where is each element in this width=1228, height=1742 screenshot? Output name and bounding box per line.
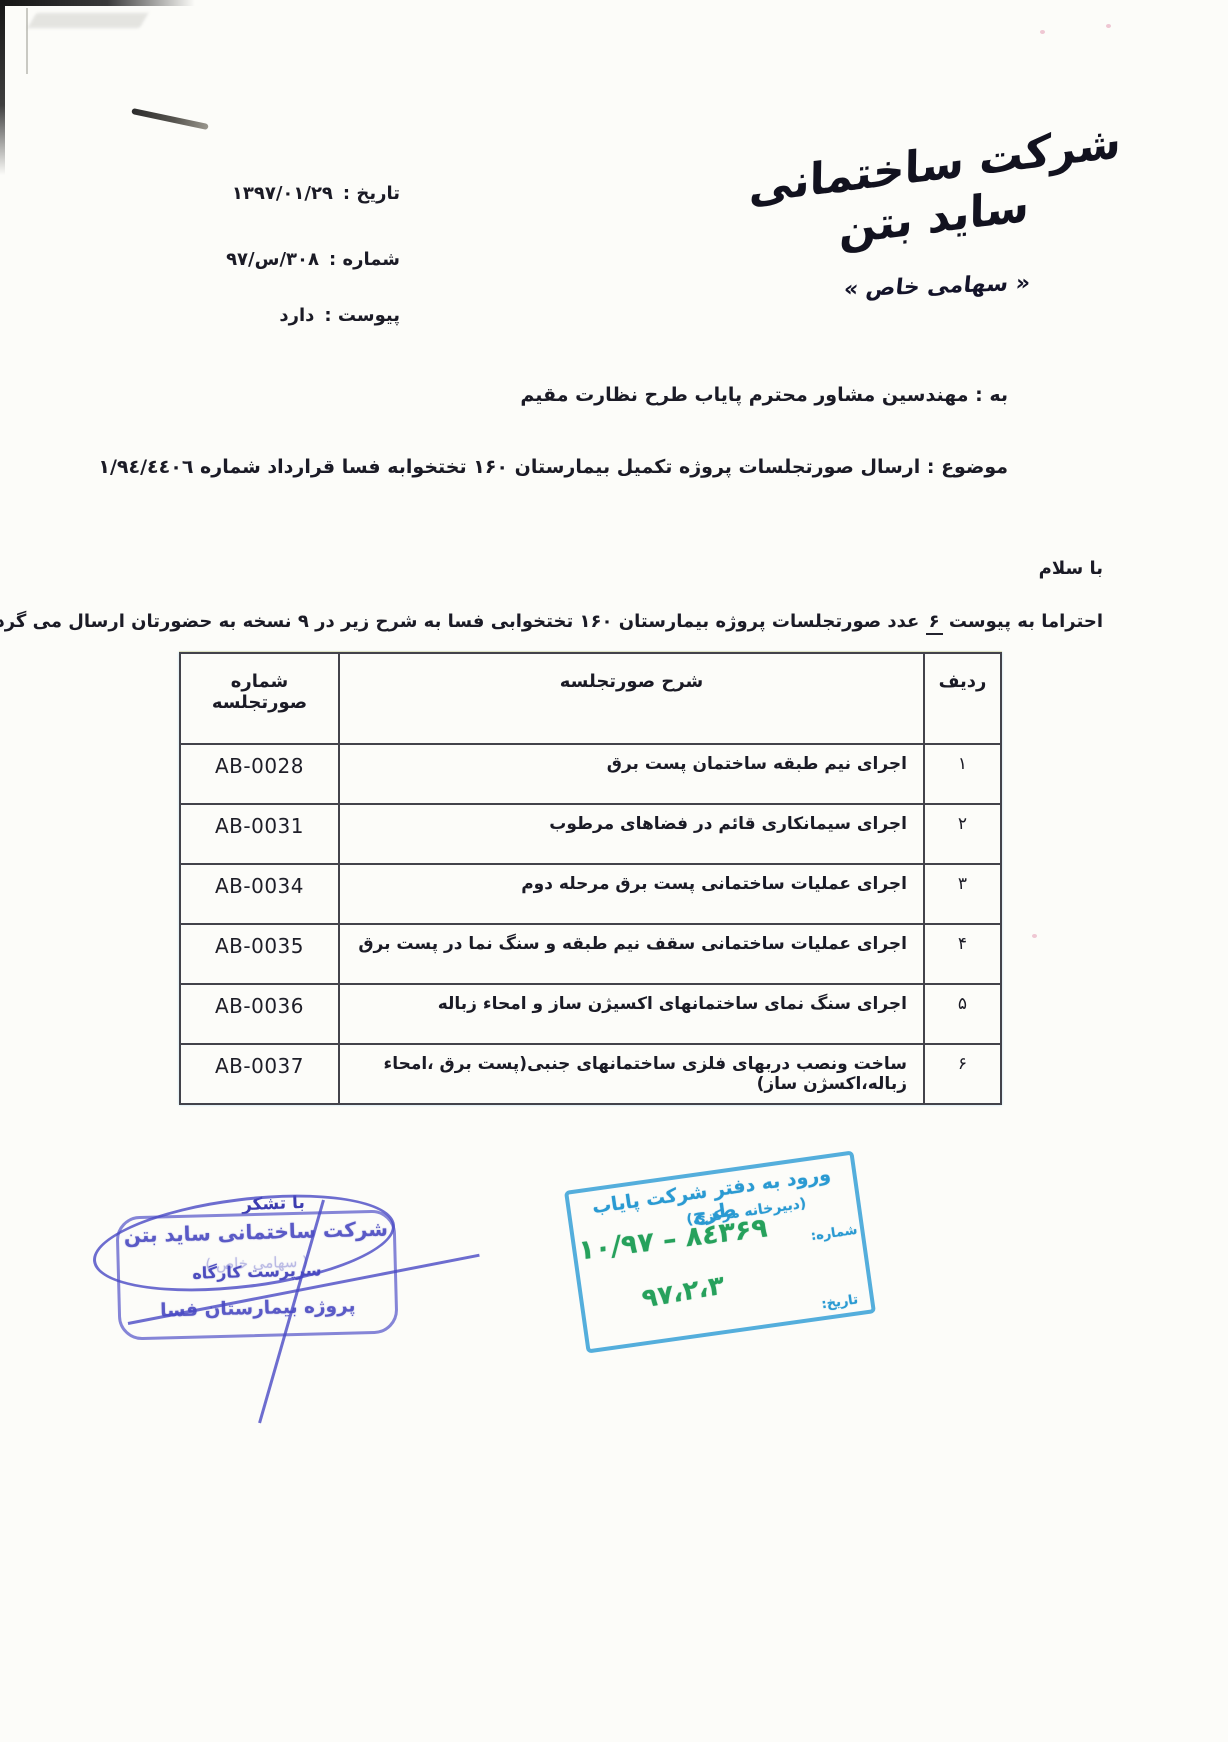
row-number-cell: ۱ bbox=[924, 744, 1001, 804]
table-header-row: ردیف شرح صورتجلسه شماره صورتجلسه bbox=[180, 653, 1001, 744]
row-number-cell: ۵ bbox=[924, 984, 1001, 1044]
description-cell: ساخت ونصب دربهای فلزی ساختمانهای جنبی(پس… bbox=[339, 1044, 924, 1104]
attachment-field: پیوست : دارد bbox=[188, 305, 400, 326]
company-type-label: « سهامی خاص » bbox=[840, 271, 1033, 303]
description-cell: اجرای سیمانکاری قائم در فضاهای مرطوب bbox=[339, 804, 924, 864]
scan-speck bbox=[1040, 30, 1045, 34]
subject-line: موضوع : ارسال صورتجلسات پروژه تکمیل بیما… bbox=[98, 456, 1008, 478]
date-label: تاریخ : bbox=[343, 183, 400, 204]
description-cell: اجرای عملیات ساختمانی سقف نیم طبقه و سنگ… bbox=[339, 924, 924, 984]
row-number-cell: ۳ bbox=[924, 864, 1001, 924]
table-row: ۵ اجرای سنگ نمای ساختمانهای اکسیژن ساز و… bbox=[180, 984, 1001, 1044]
attachment-label: پیوست : bbox=[324, 305, 400, 326]
date-value: ۱۳۹۷/۰۱/۲۹ bbox=[232, 183, 333, 204]
row-number-cell: ۲ bbox=[924, 804, 1001, 864]
receipt-stamp-date-label: تاریخ: bbox=[821, 1292, 859, 1312]
minutes-number-cell: AB-0035 bbox=[180, 924, 339, 984]
salutation-line: با سلام bbox=[1039, 558, 1103, 579]
row-number-cell: ۴ bbox=[924, 924, 1001, 984]
scan-speck bbox=[1106, 24, 1111, 28]
date-field: تاریخ : ۱۳۹۷/۰۱/۲۹ bbox=[188, 183, 400, 204]
pen-mark bbox=[131, 108, 209, 130]
minutes-number-cell: AB-0036 bbox=[180, 984, 339, 1044]
table-row: ۶ ساخت ونصب دربهای فلزی ساختمانهای جنبی(… bbox=[180, 1044, 1001, 1104]
minutes-number-cell: AB-0037 bbox=[180, 1044, 339, 1104]
scan-speck bbox=[1032, 934, 1037, 938]
number-label: شماره : bbox=[329, 249, 400, 270]
attachment-value: دارد bbox=[279, 305, 314, 326]
scan-smudge bbox=[28, 13, 149, 28]
minutes-number-cell: AB-0028 bbox=[180, 744, 339, 804]
description-cell: اجرای سنگ نمای ساختمانهای اکسیژن ساز و ا… bbox=[339, 984, 924, 1044]
description-cell: اجرای نیم طبقه ساختمان پست برق bbox=[339, 744, 924, 804]
body-line: احتراما به پیوست ۶ عدد صورتجلسات پروژه ب… bbox=[0, 611, 1103, 632]
header-minutes-no: شماره صورتجلسه bbox=[180, 653, 339, 744]
table-row: ۴ اجرای عملیات ساختمانی سقف نیم طبقه و س… bbox=[180, 924, 1001, 984]
body-suffix: عدد صورتجلسات پروژه بیمارستان ۱۶۰ تختخوا… bbox=[0, 611, 926, 632]
page-edge-shadow bbox=[26, 8, 28, 74]
body-prefix: احتراما به پیوست bbox=[943, 611, 1103, 632]
handwritten-registration-date: ۹۷،۲،۳ bbox=[641, 1270, 726, 1314]
scan-edge-artifact-left bbox=[0, 0, 5, 175]
receipt-stamp: ورود به دفتر شرکت پایاب طرح (دبیرخانه مر… bbox=[564, 1150, 876, 1353]
minutes-number-cell: AB-0034 bbox=[180, 864, 339, 924]
minutes-table-container: ردیف شرح صورتجلسه شماره صورتجلسه ۱ اجرای… bbox=[181, 652, 1002, 1105]
number-field: شماره : ۳۰۸/س/۹۷ bbox=[188, 249, 400, 270]
table-row: ۲ اجرای سیمانکاری قائم در فضاهای مرطوب A… bbox=[180, 804, 1001, 864]
minutes-number-cell: AB-0031 bbox=[180, 804, 339, 864]
row-number-cell: ۶ bbox=[924, 1044, 1001, 1104]
header-row-no: ردیف bbox=[924, 653, 1001, 744]
table-row: ۳ اجرای عملیات ساختمانی پست برق مرحله دو… bbox=[180, 864, 1001, 924]
number-value: ۳۰۸/س/۹۷ bbox=[226, 249, 319, 270]
minutes-table: ردیف شرح صورتجلسه شماره صورتجلسه ۱ اجرای… bbox=[179, 652, 1002, 1105]
header-description: شرح صورتجلسه bbox=[339, 653, 924, 744]
description-cell: اجرای عملیات ساختمانی پست برق مرحله دوم bbox=[339, 864, 924, 924]
scan-edge-artifact-top bbox=[0, 0, 195, 6]
company-logo-calligraphy: شرکت ساختمانی ساید بتن bbox=[713, 112, 1157, 271]
attachment-count-underlined: ۶ bbox=[926, 611, 943, 635]
table-row: ۱ اجرای نیم طبقه ساختمان پست برق AB-0028 bbox=[180, 744, 1001, 804]
recipient-line: به : مهندسین مشاور محترم پایاب طرح نظارت… bbox=[520, 384, 1008, 406]
scanned-letter-page: شرکت ساختمانی ساید بتن « سهامی خاص » تار… bbox=[0, 0, 1228, 1742]
